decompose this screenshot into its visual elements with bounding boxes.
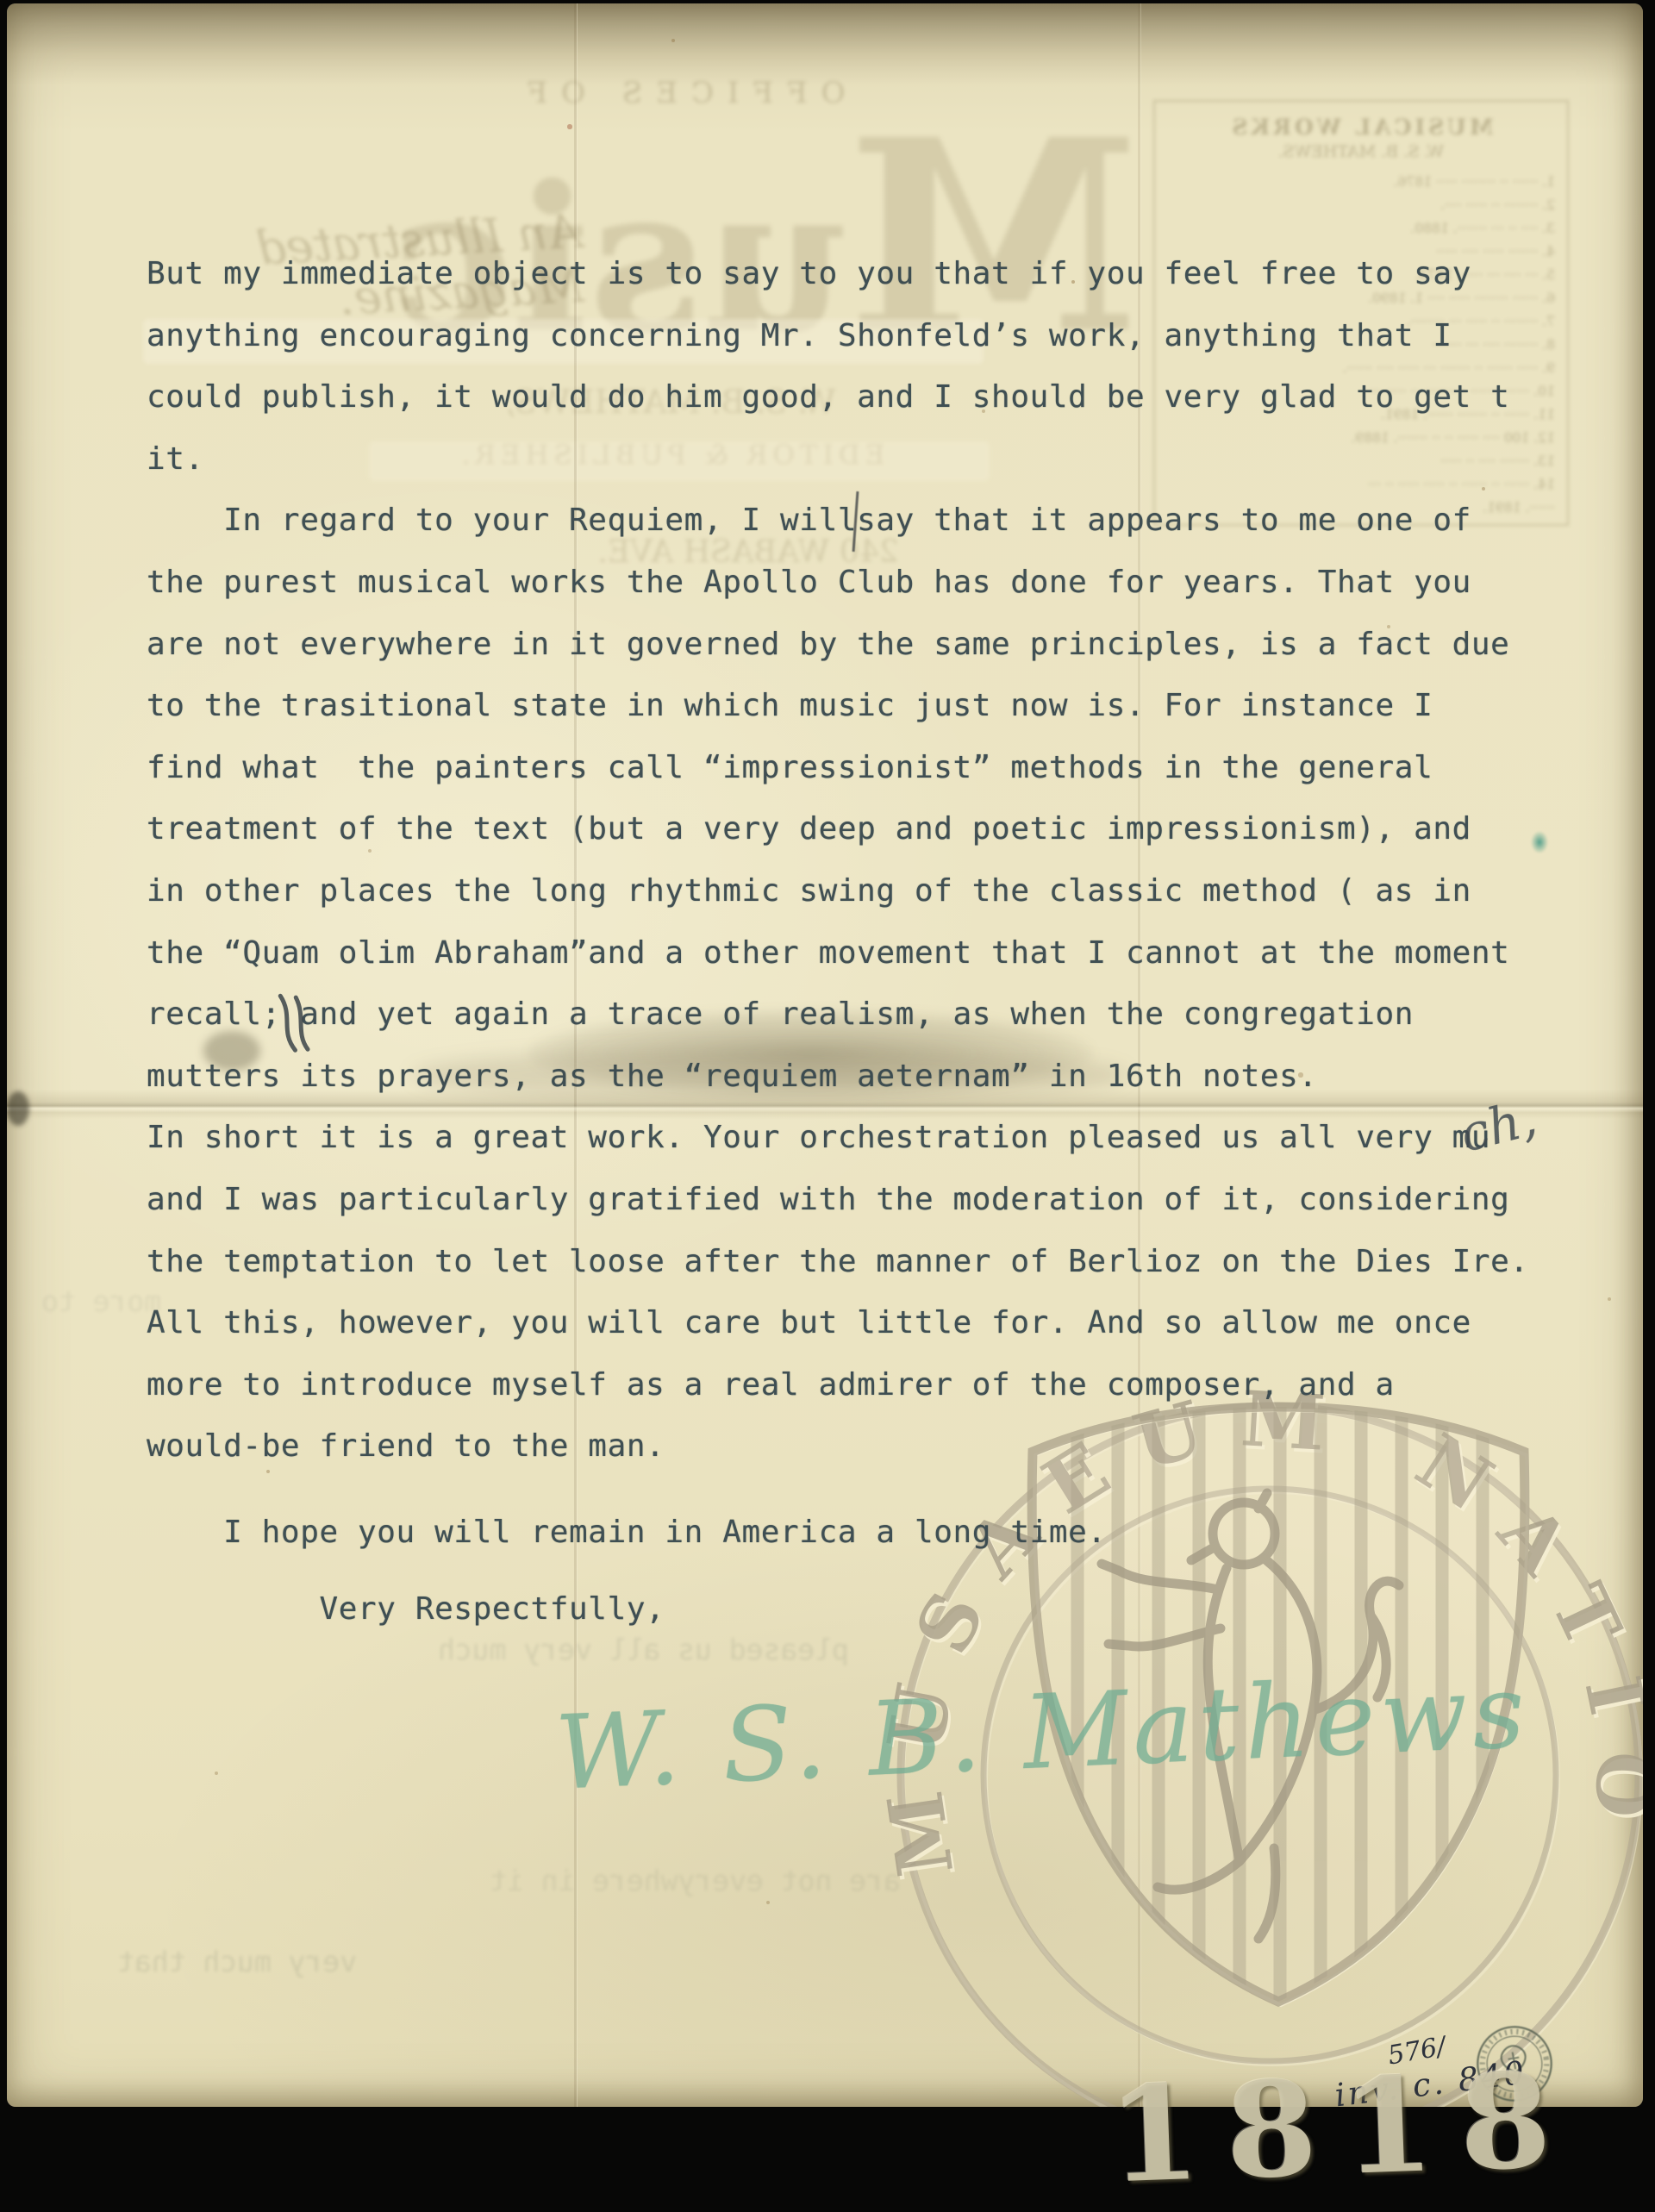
typed-line: and I was particularly gratified with th… [147,1169,1560,1231]
letter-page: OFFICES OF Music An Illustrated Magazine… [7,3,1643,2107]
typed-line: treatment of the text (but a very deep a… [147,798,1560,860]
typed-line: But my immediate object is to say to you… [147,243,1560,305]
typed-line: would-be friend to the man. [147,1415,1560,1478]
ink-speck-layer [7,3,9,5]
typed-line: mutters its prayers, as the “requiem aet… [147,1046,1560,1108]
typed-line: find what the painters call “impressioni… [147,737,1560,799]
ghost-transfer-line: are not everywhere in it [490,1864,901,1897]
typed-line: the “Quam olim Abraham”and a other movem… [147,922,1560,984]
catalog-subheader-ghost: W. S. B. MATHEWS. [1167,141,1555,164]
edge-tear-mark [7,1091,29,1126]
typed-line: In short it is a great work. Your orches… [147,1107,1560,1169]
scribble-mark [256,987,338,1069]
ghost-transfer-line: more to [41,1284,161,1318]
typed-line: it. [147,428,1560,491]
typed-line: the purest musical works the Apollo Club… [147,552,1560,614]
catalog-header-ghost: MUSICAL WORKS [1167,116,1555,139]
scan-background: OFFICES OF Music An Illustrated Magazine… [0,0,1655,2119]
typed-line: in other places the long rhythmic swing … [147,860,1560,922]
typed-line: are not everywhere in it governed by the… [147,614,1560,676]
typed-line: Very Respectfully, [147,1578,1560,1640]
top-edge-shadow [7,3,1643,85]
ghost-transfer-line: very much that [117,1945,357,1978]
typed-line: All this, however, you will care but lit… [147,1292,1560,1354]
typed-line: the temptation to let loose after the ma… [147,1231,1560,1293]
typed-letter: But my immediate object is to say to you… [147,243,1560,1640]
typed-line: I hope you will remain in America a long… [147,1502,1560,1564]
typed-line: recall; and yet again a trace of realism… [147,984,1560,1046]
typed-line: could publish, it would do him good, and… [147,366,1560,428]
typed-line: anything encouraging concerning Mr. Shon… [147,305,1560,367]
typed-line: to the trasitional state in which music … [147,675,1560,737]
typed-line: more to introduce myself as a real admir… [147,1354,1560,1416]
